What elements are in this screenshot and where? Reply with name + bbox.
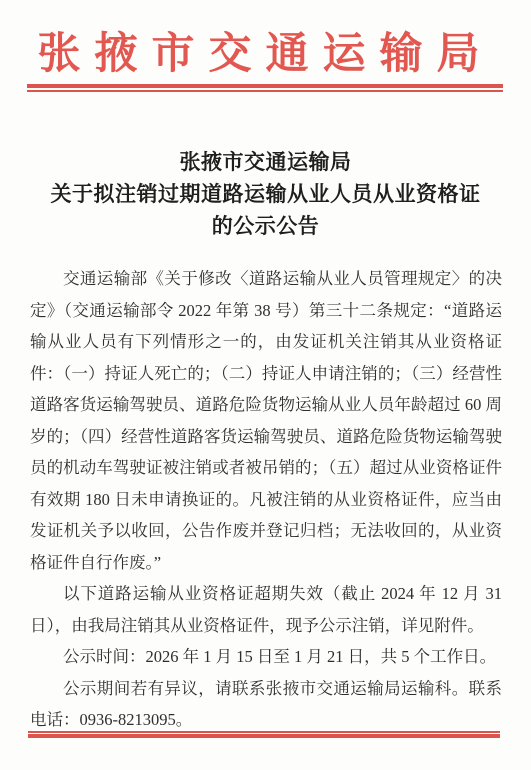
document-title-line-3: 的公示公告	[0, 210, 531, 242]
paragraph-regulation-basis: 交通运输部《关于修改〈道路运输从业人员管理规定〉的决定》（交通运输部令 2022…	[30, 263, 502, 578]
paragraph-publicity-period: 公示时间：2026 年 1 月 15 日至 1 月 21 日，共 5 个工作日。	[30, 641, 502, 673]
footer-double-rule	[28, 731, 500, 738]
document-body: 交通运输部《关于修改〈道路运输从业人员管理规定〉的决定》（交通运输部令 2022…	[30, 263, 502, 736]
document-title-line-2: 关于拟注销过期道路运输从业人员从业资格证	[0, 178, 531, 210]
footer-rule-thick-line	[28, 734, 500, 738]
paragraph-contact-info: 公示期间若有异议，请联系张掖市交通运输局运输科。联系电话：0936-821309…	[30, 673, 502, 736]
paragraph-cancellation-notice: 以下道路运输从业资格证超期失效（截止 2024 年 12 月 31 日），由我局…	[30, 578, 502, 641]
document-title-line-1: 张掖市交通运输局	[0, 146, 531, 178]
document-page: 张掖市交通运输局 张掖市交通运输局 关于拟注销过期道路运输从业人员从业资格证 的…	[0, 0, 531, 770]
agency-masthead: 张掖市交通运输局	[0, 30, 531, 80]
header-rule-thin-line	[27, 90, 503, 92]
document-title: 张掖市交通运输局 关于拟注销过期道路运输从业人员从业资格证 的公示公告	[0, 146, 531, 242]
header-double-rule	[27, 84, 503, 92]
